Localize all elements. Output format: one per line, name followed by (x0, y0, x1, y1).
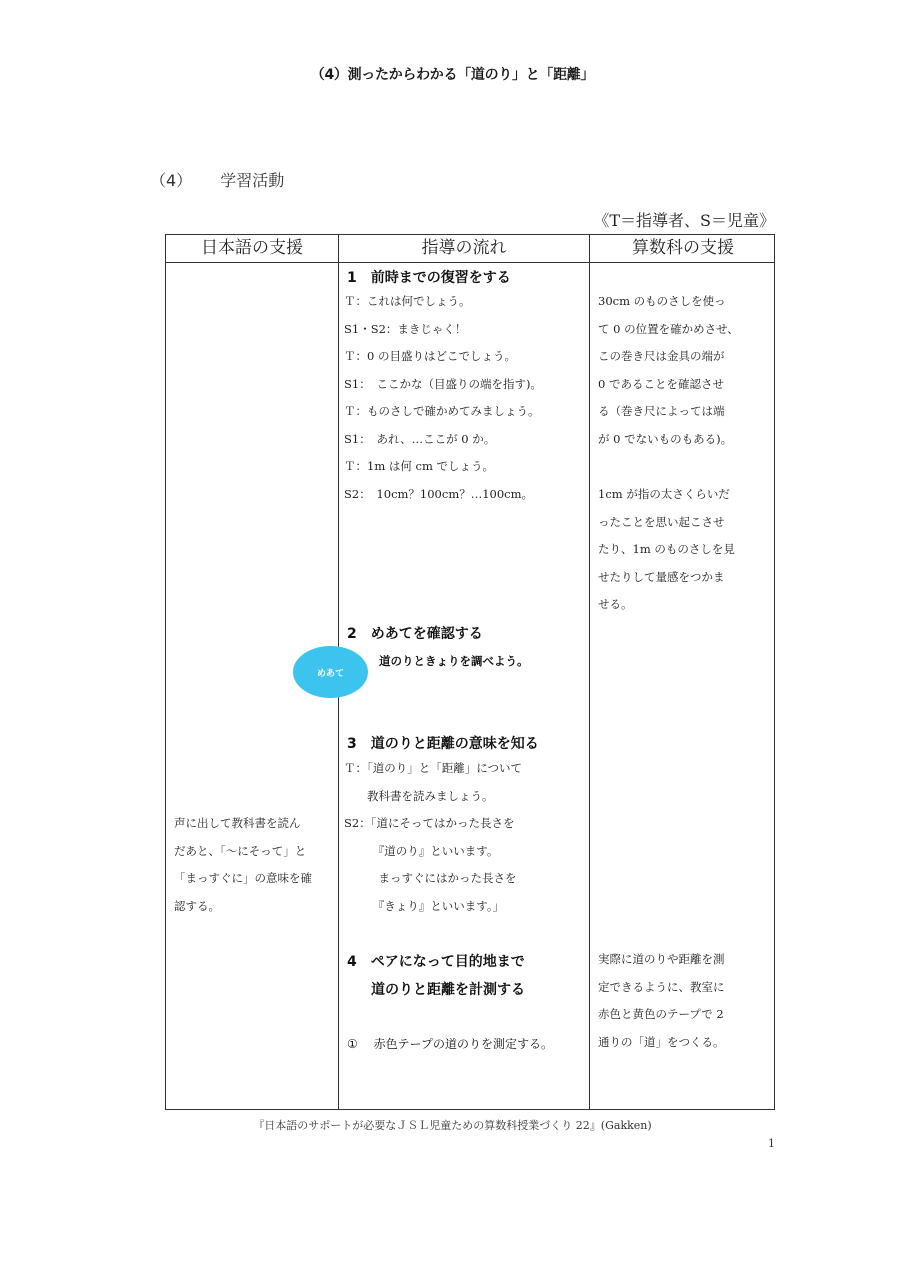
text-line: 実際に道のりや距離を測 (598, 946, 725, 974)
step4-title-line1: 4 ペアになって目的地まで (347, 951, 525, 971)
activity-table: 日本語の支援 指導の流れ 算数科の支援 声に出して教科書を読ん だあと、「～にそ… (165, 234, 775, 1110)
text-line: ったことを思い起こさせ (598, 509, 735, 537)
step2-title: 2 めあてを確認する (347, 623, 483, 643)
japanese-support-block: 声に出して教科書を読ん だあと、「～にそって」と 「まっすぐに」の意味を確 認す… (174, 810, 312, 920)
section-title: 学習活動 (220, 171, 284, 190)
text-line: が 0 でないものもある)。 (598, 426, 739, 454)
legend-note: 《T＝指導者、S＝児童》 (593, 208, 775, 231)
dialogue-line: Ｔ：ものさしで確かめてみましょう。 (344, 398, 542, 426)
goal-text: 道のりときょりを調べよう。 (379, 653, 529, 669)
text-line: たり、1m のものさしを見 (598, 536, 735, 564)
text-line: だあと、「～にそって」と (174, 838, 312, 866)
dialogue-line: 『きょり』といいます。」 (344, 893, 522, 921)
step3-dialogue: Ｔ：「道のり」と「距離」について 教科書を読みましょう。 S2：「道にそってはか… (344, 755, 522, 920)
section-number: （4） (150, 171, 192, 190)
text-line: る（巻き尺によっては端 (598, 398, 739, 426)
goal-badge: めあて (293, 646, 368, 698)
text-line: 定できるように、教室に (598, 974, 725, 1002)
dialogue-line: S1： あれ、…ここが 0 か。 (344, 426, 542, 454)
text-line: て 0 の位置を確かめさせ、 (598, 316, 739, 344)
header-math-support: 算数科の支援 (590, 235, 776, 262)
dialogue-line: Ｔ：「道のり」と「距離」について (344, 755, 522, 783)
step1-title: 1 前時までの復習をする (347, 267, 511, 287)
goal-badge-label: めあて (317, 666, 344, 679)
text-line: この巻き尺は金具の端が (598, 343, 739, 371)
text-line: 認する。 (174, 893, 312, 921)
dialogue-line: S2： 10cm？100cm？…100cm。 (344, 481, 542, 509)
step3-title: 3 道のりと距離の意味を知る (347, 733, 539, 753)
page-number: 1 (768, 1137, 775, 1150)
text-line: 0 であることを確認させ (598, 371, 739, 399)
text-line: せたりして量感をつかま (598, 564, 735, 592)
dialogue-line: まっすぐにはかった長さを (344, 865, 522, 893)
dialogue-line: 『道のり』といいます。 (344, 838, 522, 866)
step4-title-line2: 道のりと距離を計測する (371, 979, 525, 999)
text-line: 声に出して教科書を読ん (174, 810, 312, 838)
column-divider (589, 235, 590, 1109)
text-line: 通りの「道」をつくる。 (598, 1029, 725, 1057)
math-support-block-2: 1cm が指の太さくらいだ ったことを思い起こさせ たり、1m のものさしを見 … (598, 481, 735, 619)
step4-substep: ① 赤色テープの道のりを測定する。 (347, 1035, 553, 1052)
dialogue-line: S1・S2：まきじゃく！ (344, 316, 542, 344)
text-line: 「まっすぐに」の意味を確 (174, 865, 312, 893)
header-japanese-support: 日本語の支援 (166, 235, 338, 262)
text-line: 1cm が指の太さくらいだ (598, 481, 735, 509)
step1-dialogue: Ｔ：これは何でしょう。 S1・S2：まきじゃく！ Ｔ：0 の目盛りはどこでしょう… (344, 288, 542, 508)
math-support-block-1: 30cm のものさしを使っ て 0 の位置を確かめさせ、 この巻き尺は金具の端が… (598, 288, 739, 453)
text-line: せる。 (598, 591, 735, 619)
dialogue-line: Ｔ：1m は何 cm でしょう。 (344, 453, 542, 481)
dialogue-line: Ｔ：0 の目盛りはどこでしょう。 (344, 343, 542, 371)
footer-citation: 『日本語のサポートが必要なＪＳＬ児童ための算数科授業づくり 22』(Gakken… (0, 1117, 905, 1133)
dialogue-line: 教科書を読みましょう。 (344, 783, 522, 811)
dialogue-line: S1： ここかな（目盛りの端を指す)。 (344, 371, 542, 399)
dialogue-line: Ｔ：これは何でしょう。 (344, 288, 542, 316)
header-teaching-flow: 指導の流れ (339, 235, 589, 262)
section-heading: （4）学習活動 (150, 168, 284, 191)
page-title: （4）測ったからわかる「道のり」と「距離」 (0, 64, 905, 84)
text-line: 30cm のものさしを使っ (598, 288, 739, 316)
text-line: 赤色と黄色のテープで 2 (598, 1001, 725, 1029)
dialogue-line: S2：「道にそってはかった長さを (344, 810, 522, 838)
math-support-block-3: 実際に道のりや距離を測 定できるように、教室に 赤色と黄色のテープで 2 通りの… (598, 946, 725, 1056)
header-divider (166, 262, 774, 263)
